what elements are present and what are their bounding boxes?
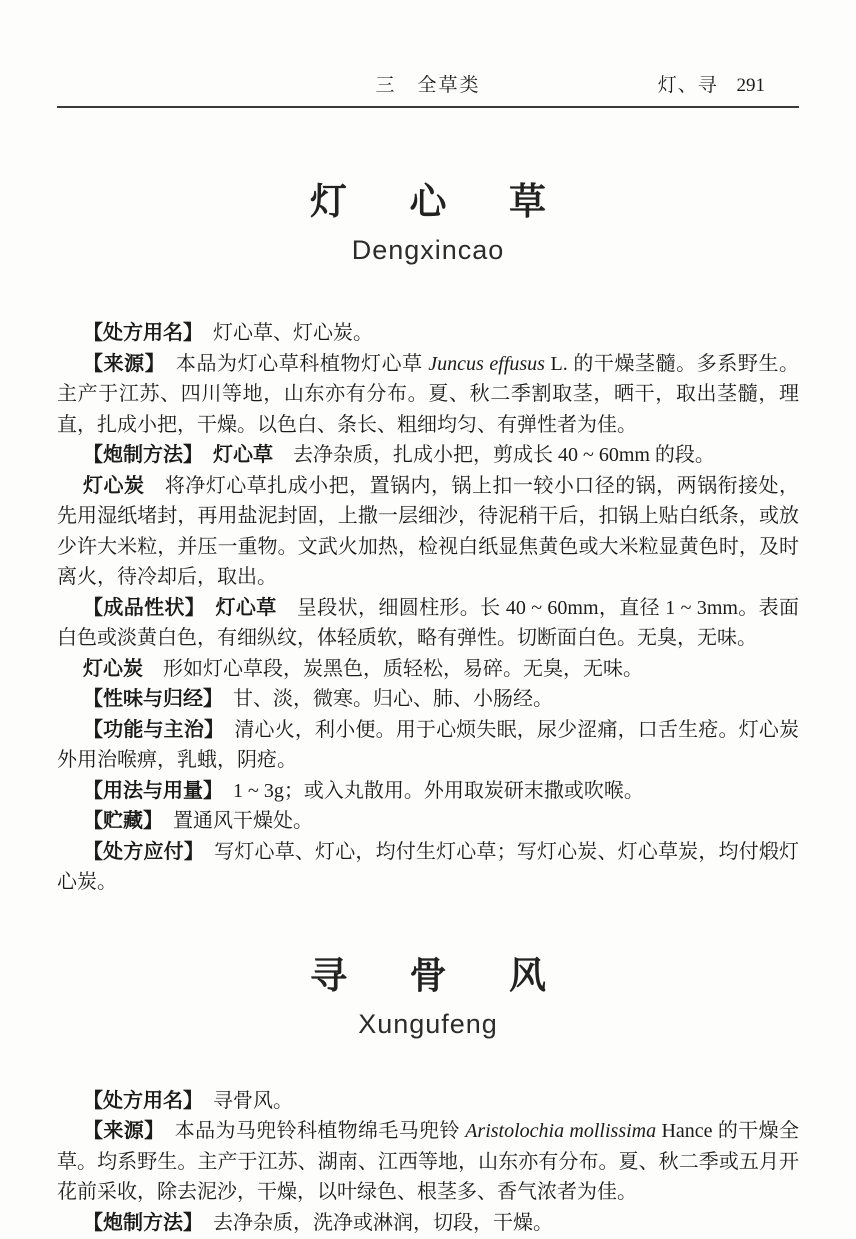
entry-paragraph: 灯心炭 形如灯心草段，炭黑色，质轻松，易碎。无臭，无味。 bbox=[57, 654, 799, 685]
entry-paragraph: 【性味与归经】 甘、淡，微寒。归心、肺、小肠经。 bbox=[57, 684, 799, 715]
entry-label: 【处方用名】 bbox=[83, 1090, 193, 1112]
entry-label: 【成品性状】 bbox=[83, 597, 195, 619]
entry-text: 寻骨风。 bbox=[193, 1090, 293, 1112]
page-number: 291 bbox=[737, 75, 766, 96]
entry-paragraph: 【用法与用量】 1 ~ 3g；或入丸散用。外用取炭研末撒或吹喉。 bbox=[57, 776, 799, 807]
entry-label: 【用法与用量】 bbox=[83, 780, 213, 802]
entry-label: 【来源】 bbox=[83, 1120, 154, 1142]
entry-label: 【处方应付】 bbox=[83, 841, 194, 863]
running-head: 三 全草类 灯、寻 291 bbox=[57, 74, 799, 98]
entry-label: 【炮制方法】 bbox=[83, 1212, 193, 1234]
entry-paragraph: 【炮制方法】 灯心草 去净杂质，扎成小把，剪成长 40 ~ 60mm 的段。 bbox=[57, 440, 799, 471]
entry-paragraph: 【处方应付】 写灯心草、灯心，均付生灯心草；写灯心炭、灯心草炭，均付煅灯心炭。 bbox=[57, 837, 799, 898]
article-body: 【处方用名】 灯心草、灯心炭。 【来源】 本品为灯心草科植物灯心草 Juncus… bbox=[57, 318, 799, 898]
entry-text: 本品为马兜铃科植物绵毛马兜铃 bbox=[154, 1120, 465, 1142]
entry-label: 【性味与归经】 bbox=[83, 688, 213, 710]
entry-paragraph: 【成品性状】 灯心草 呈段状，细圆柱形。长 40 ~ 60mm，直径 1 ~ 3… bbox=[57, 593, 799, 654]
entry-paragraph: 【来源】 本品为马兜铃科植物绵毛马兜铃 Aristolochia molliss… bbox=[57, 1116, 799, 1208]
entry-paragraph: 【处方用名】 灯心草、灯心炭。 bbox=[57, 318, 799, 349]
entry-text: 1 ~ 3g；或入丸散用。外用取炭研末撒或吹喉。 bbox=[213, 780, 644, 802]
article-pinyin: Dengxincao bbox=[57, 234, 799, 266]
entry-label: 灯心草 bbox=[216, 597, 277, 619]
entry-text: 将净灯心草扎成小把，置锅内，锅上扣一较小口径的锅，两锅衔接处，先用湿纸堵封，再用… bbox=[57, 475, 799, 589]
entry-text: 形如灯心草段，炭黑色，质轻松，易碎。无臭，无味。 bbox=[143, 658, 643, 680]
entry-paragraph: 【处方用名】 寻骨风。 bbox=[57, 1086, 799, 1117]
entry-paragraph: 【炮制方法】 去净杂质，洗净或淋润，切段，干燥。 bbox=[57, 1208, 799, 1239]
article-pinyin: Xungufeng bbox=[57, 1008, 799, 1040]
monograph-xungufeng: 寻 骨 风 Xungufeng 【处方用名】 寻骨风。 【来源】 本品为马兜铃科… bbox=[57, 954, 799, 1239]
monograph-dengxincao: 灯 心 草 Dengxincao 【处方用名】 灯心草、灯心炭。 【来源】 本品… bbox=[57, 180, 799, 898]
entry-text: 本品为灯心草科植物灯心草 bbox=[155, 353, 428, 375]
article-title: 灯 心 草 bbox=[57, 180, 799, 226]
page-reference: 灯、寻 291 bbox=[658, 74, 765, 98]
entry-text bbox=[193, 444, 213, 466]
entry-label: 【来源】 bbox=[83, 353, 155, 375]
entry-label: 灯心炭 bbox=[83, 658, 143, 680]
entry-label: 【处方用名】 bbox=[83, 322, 193, 344]
entry-paragraph: 【贮藏】 置通风干燥处。 bbox=[57, 806, 799, 837]
entry-thumb-marker: 灯、寻 bbox=[658, 75, 718, 96]
entry-label: 【贮藏】 bbox=[83, 810, 153, 832]
entry-label: 灯心草 bbox=[213, 444, 273, 466]
latin-botanical-name: Juncus effusus bbox=[428, 353, 545, 375]
book-page: 三 全草类 灯、寻 291 灯 心 草 Dengxincao 【处方用名】 灯心… bbox=[0, 0, 856, 1239]
entry-label: 【功能与主治】 bbox=[83, 719, 214, 741]
article-body: 【处方用名】 寻骨风。 【来源】 本品为马兜铃科植物绵毛马兜铃 Aristolo… bbox=[57, 1086, 799, 1239]
entry-text: 灯心草、灯心炭。 bbox=[193, 322, 373, 344]
entry-text: 去净杂质，扎成小把，剪成长 40 ~ 60mm 的段。 bbox=[273, 444, 715, 466]
latin-botanical-name: Aristolochia mollissima bbox=[465, 1120, 656, 1142]
entry-label: 灯心炭 bbox=[83, 475, 144, 497]
entry-paragraph: 【来源】 本品为灯心草科植物灯心草 Juncus effusus L. 的干燥茎… bbox=[57, 349, 799, 441]
header-rule bbox=[57, 106, 799, 108]
entry-paragraph: 【功能与主治】 清心火，利小便。用于心烦失眠，尿少涩痛，口舌生疮。灯心炭外用治喉… bbox=[57, 715, 799, 776]
entry-label: 【炮制方法】 bbox=[83, 444, 193, 466]
entry-text: 去净杂质，洗净或淋润，切段，干燥。 bbox=[193, 1212, 553, 1234]
entry-paragraph: 灯心炭 将净灯心草扎成小把，置锅内，锅上扣一较小口径的锅，两锅衔接处，先用湿纸堵… bbox=[57, 471, 799, 593]
entry-text: 甘、淡，微寒。归心、肺、小肠经。 bbox=[213, 688, 553, 710]
article-title: 寻 骨 风 bbox=[57, 954, 799, 1000]
entry-text bbox=[195, 597, 215, 619]
entry-text: 置通风干燥处。 bbox=[153, 810, 313, 832]
